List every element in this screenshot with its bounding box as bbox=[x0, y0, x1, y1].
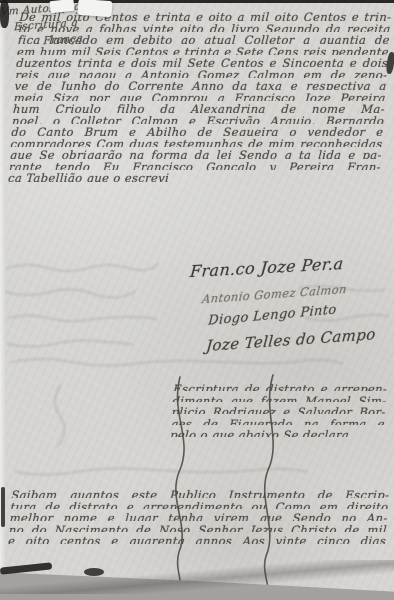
ink-blot bbox=[0, 0, 9, 28]
paper-sheet: De mil oito Centos e trinta e oito a mil… bbox=[0, 0, 394, 600]
tape-fragment bbox=[77, 0, 112, 17]
ink-blot bbox=[84, 568, 104, 576]
cancellation-strokes bbox=[0, 0, 394, 600]
scanned-manuscript-page: De mil oito Centos e trinta e oito a mil… bbox=[0, 0, 394, 600]
ink-blot bbox=[1, 487, 5, 527]
